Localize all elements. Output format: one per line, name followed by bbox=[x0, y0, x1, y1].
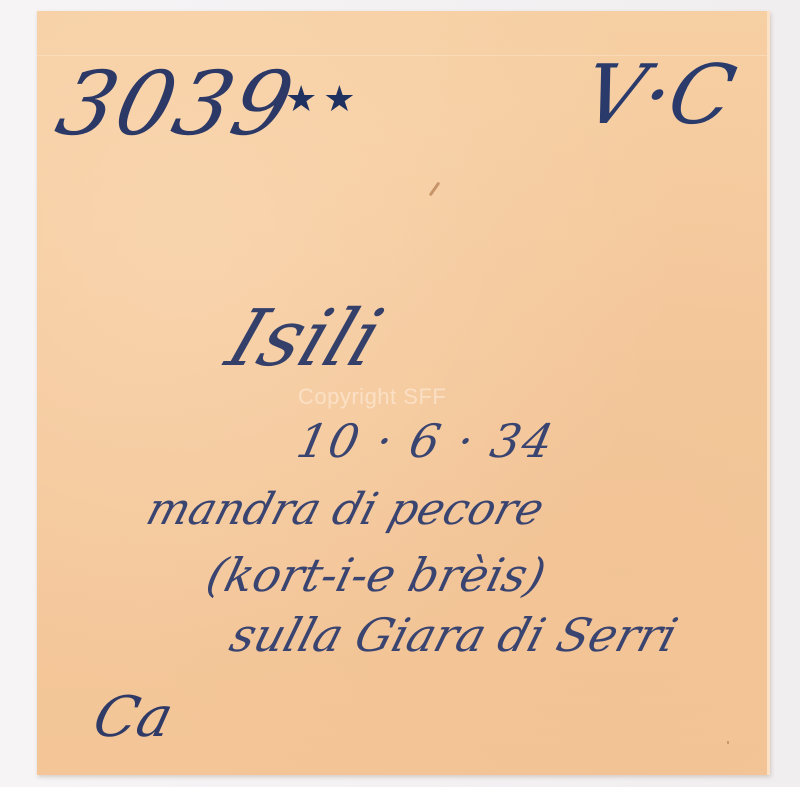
photo-background: 3039 ★★ V·C Isili Copyright SFF 10 · 6 ·… bbox=[0, 0, 800, 787]
date: 10 · 6 · 34 bbox=[293, 418, 559, 464]
description-line-1: mandra di pecore bbox=[142, 488, 549, 532]
catalog-number: 3039 bbox=[49, 60, 303, 148]
description-line-3: sulla Giara di Serri bbox=[225, 612, 682, 658]
collection-code: V·C bbox=[576, 55, 741, 137]
place-name: Isili bbox=[218, 300, 392, 378]
copyright-watermark: Copyright SFF bbox=[298, 384, 446, 410]
paper-fiber-speck bbox=[727, 741, 729, 744]
star-marks-icon: ★★ bbox=[285, 82, 362, 118]
collector-initials: Ca bbox=[88, 690, 178, 746]
description-line-2: (kort-i-e brèis) bbox=[202, 552, 550, 598]
paper-fiber-speck bbox=[429, 182, 441, 197]
